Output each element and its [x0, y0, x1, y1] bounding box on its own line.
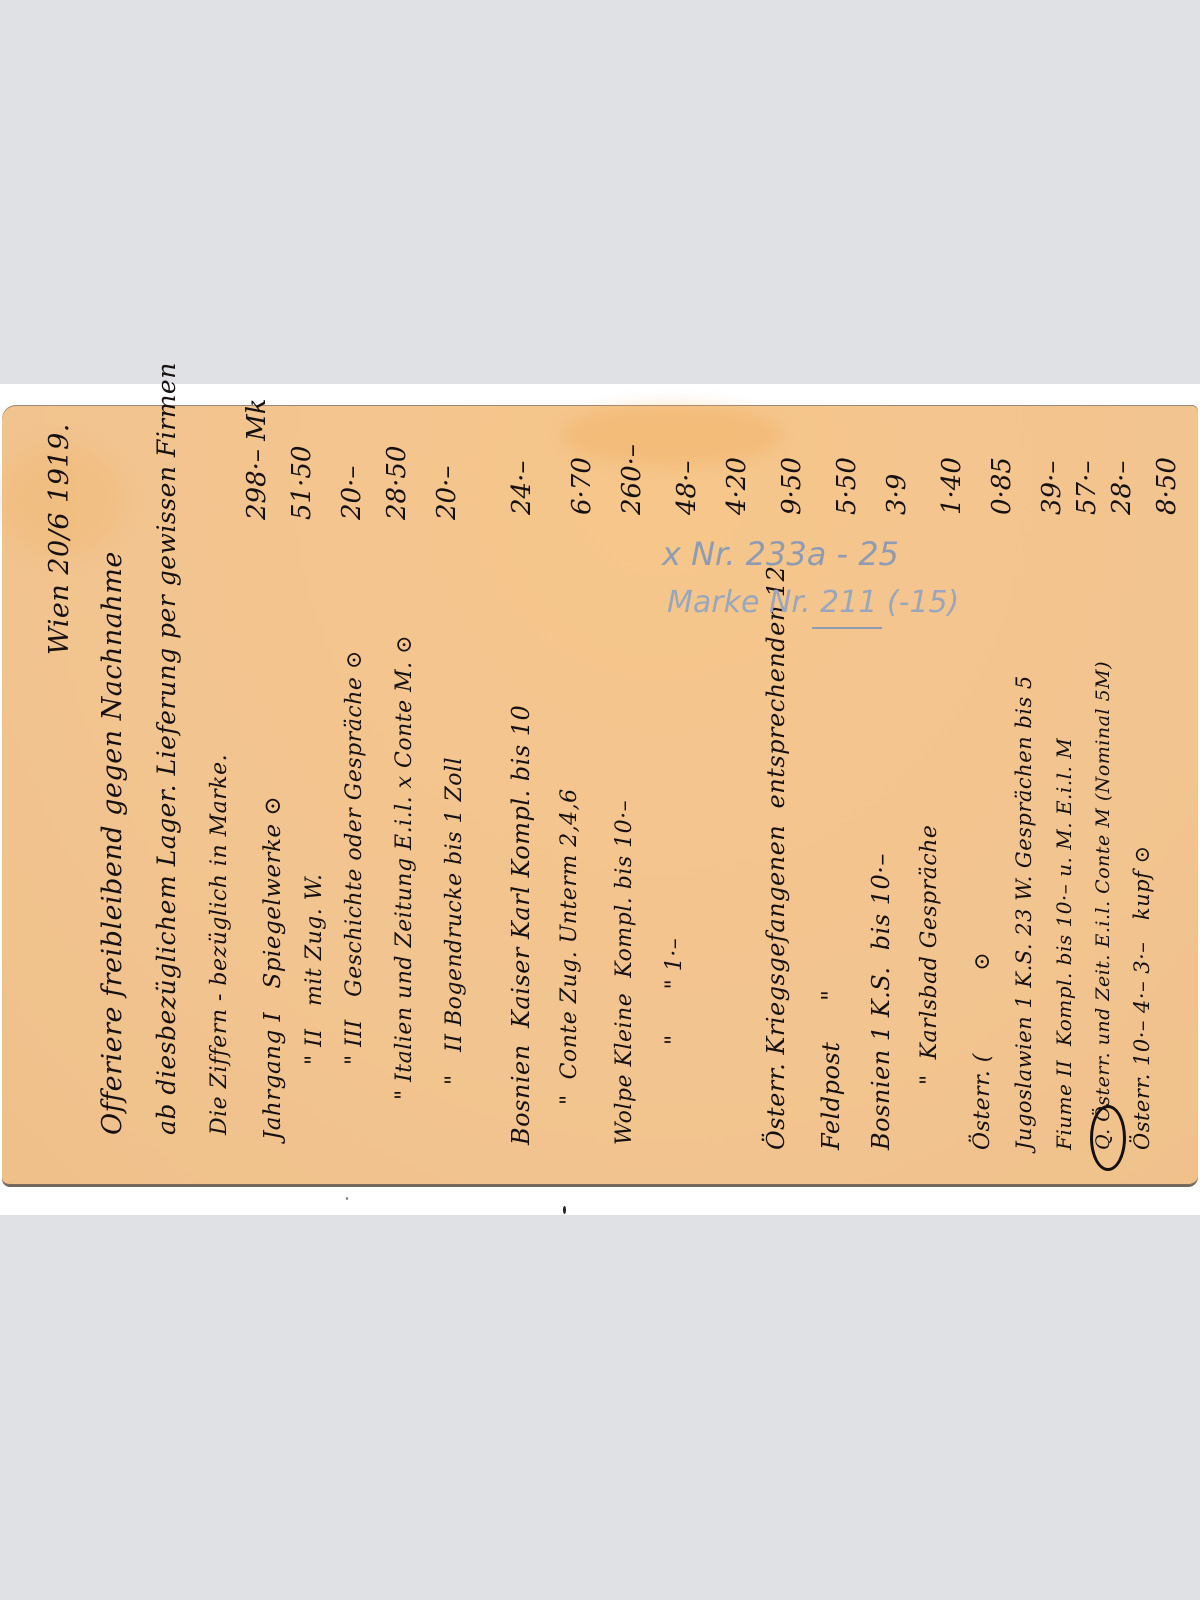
- entry-row: " " 1·–: [662, 938, 687, 1045]
- price: 20·–: [432, 466, 462, 520]
- price: 28·50: [382, 446, 412, 520]
- entry-row: Q. Österr. und Zeit. E.i.l. Conte M (Nom…: [1092, 661, 1114, 1150]
- dust-speck: [563, 1206, 566, 1214]
- entry-row: Jugoslawien 1 K.S. 23 W. Gesprächen bis …: [1012, 675, 1036, 1150]
- entry-row: Wolpe Kleine Kompl. bis 10·–: [612, 800, 637, 1145]
- price: 260·–: [617, 444, 647, 515]
- price: 48·–: [672, 461, 702, 515]
- price: 0·85: [987, 457, 1017, 515]
- bracket-mark: [1090, 1105, 1126, 1171]
- dust-speck: [346, 1197, 348, 1200]
- entry-row: " Italien und Zeitung E.i.l. x Conte M. …: [392, 635, 417, 1100]
- price: 8·50: [1152, 457, 1182, 515]
- pencil-note-line-1: x Nr. 233a - 25: [662, 535, 899, 573]
- price: 298·– Mk: [242, 398, 272, 520]
- date-line: Wien 20/6 1919.: [44, 423, 75, 655]
- price: 1·40: [937, 457, 967, 515]
- postcard: Wien 20/6 1919. Offeriere freibleibend g…: [2, 405, 1198, 1187]
- intro-line-3: Die Ziffern - bezüglich in Marke.: [207, 754, 232, 1135]
- price: 24·–: [507, 461, 537, 515]
- entry-row: " III Geschichte oder Gespräche ⊙: [342, 650, 367, 1065]
- price: 3·9: [882, 474, 912, 515]
- entry-row: Bosnien 1 K.S. bis 10·–: [867, 853, 895, 1150]
- price: 57·–: [1072, 461, 1102, 515]
- entry-row: " II Bogendrucke bis 1 Zoll: [442, 757, 467, 1085]
- entry-row: Österr. Kriegsgefangenen entsprechenden …: [762, 566, 790, 1150]
- entry-row: " Conte Zug. Unterm 2,4,6: [557, 788, 582, 1105]
- entry-row: Fiume II Kompl. bis 10·– u. M. E.i.l. M: [1052, 738, 1076, 1150]
- pencil-note-line-2: Marke Nr. 211 (-15): [667, 585, 959, 620]
- price: 9·50: [777, 457, 807, 515]
- entry-row: Österr. ( ⊙: [970, 952, 995, 1150]
- entry-row: " II mit Zug. W.: [302, 874, 327, 1066]
- price: 51·50: [287, 446, 317, 520]
- intro-line-2: ab diesbezüglichem Lager. Lieferung per …: [152, 362, 181, 1135]
- entry-row: Bosnien Kaiser Karl Kompl. bis 10: [507, 705, 535, 1145]
- price: 28·–: [1107, 461, 1137, 515]
- entry-row: Österr. 10·– 4·– 3·– kupf ⊙: [1130, 845, 1154, 1150]
- price: 20·–: [337, 466, 367, 520]
- entry-row: " Karlsbad Gespräche: [917, 825, 942, 1085]
- price: 5·50: [832, 457, 862, 515]
- paper-stain: [562, 405, 782, 465]
- entry-row: Feldpost ": [817, 989, 845, 1150]
- pencil-underline: [812, 627, 882, 629]
- price: 39·–: [1037, 461, 1067, 515]
- price: 4·20: [722, 457, 752, 515]
- price: 6·70: [567, 457, 597, 515]
- entry-row: Jahrgang I Spiegelwerke ⊙: [260, 796, 286, 1140]
- intro-line-1: Offeriere freibleibend gegen Nachnahme: [97, 551, 128, 1135]
